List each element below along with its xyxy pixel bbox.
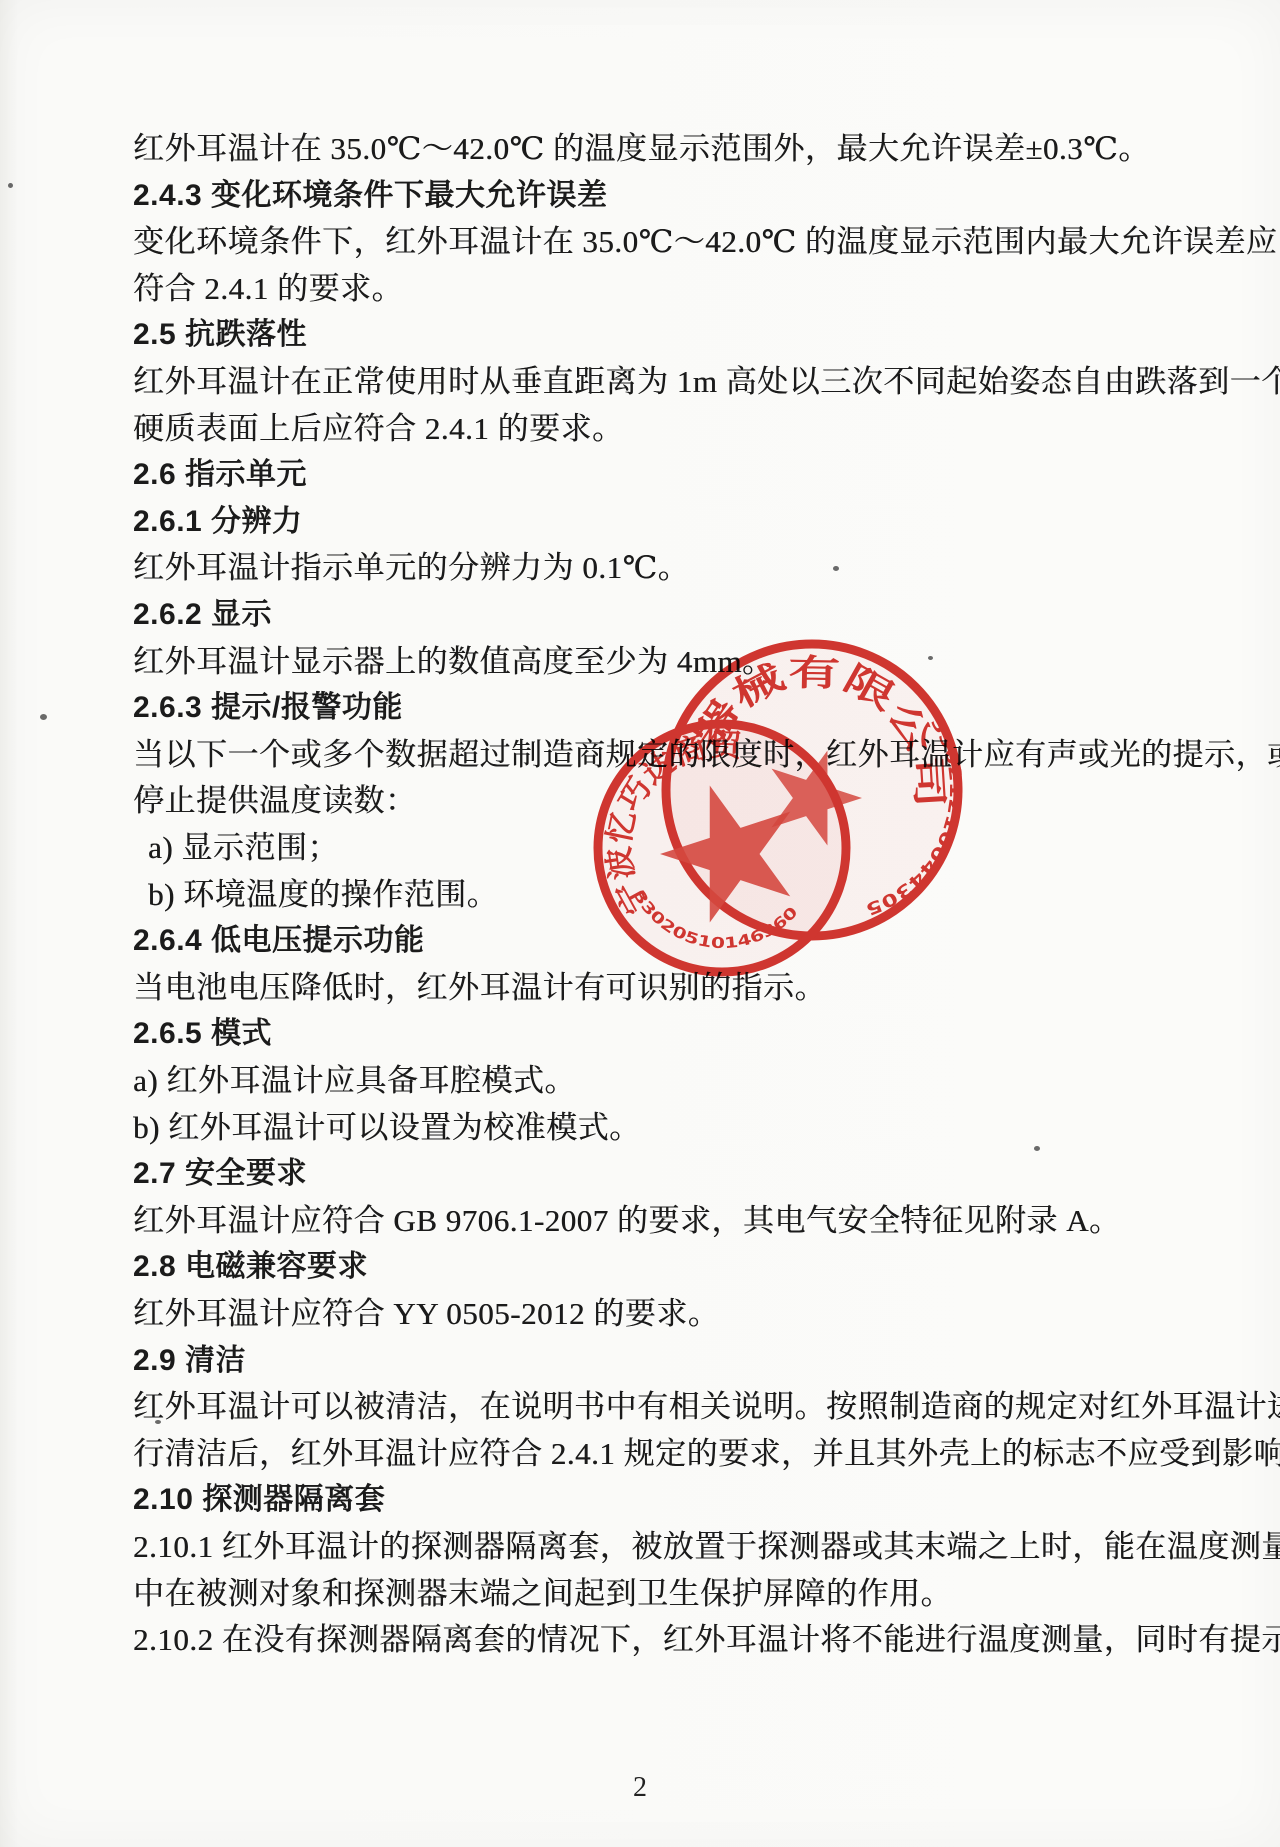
heading-line: 2.6.2 显示 <box>133 592 272 638</box>
heading-line: 2.5 抗跌落性 <box>133 312 307 358</box>
text-line: 红外耳温计在 35.0℃～42.0℃ 的温度显示范围外，最大允许误差±0.3℃。 <box>133 126 1150 172</box>
text-line: 硬质表面上后应符合 2.4.1 的要求。 <box>133 406 624 452</box>
text-line: a) 显示范围； <box>148 825 339 871</box>
heading-line: 2.7 安全要求 <box>133 1151 307 1197</box>
heading-line: 2.4.3 变化环境条件下最大允许误差 <box>133 173 608 219</box>
scan-speck <box>155 1420 161 1424</box>
text-line: 红外耳温计指示单元的分辨力为 0.1℃。 <box>133 545 689 591</box>
scan-speck <box>928 656 933 660</box>
text-line: a) 红外耳温计应具备耳腔模式。 <box>133 1058 576 1104</box>
text-line: 红外耳温计在正常使用时从垂直距离为 1m 高处以三次不同起始姿态自由跌落到一个 <box>133 359 1280 405</box>
scan-speck <box>8 183 13 188</box>
page-number: 2 <box>0 1772 1280 1804</box>
heading-line: 2.10 探测器隔离套 <box>133 1477 385 1523</box>
scan-speck <box>833 566 839 571</box>
heading-line: 2.8 电磁兼容要求 <box>133 1244 368 1290</box>
heading-line: 2.6.3 提示/报警功能 <box>133 685 403 731</box>
text-line: 停止提供温度读数： <box>133 778 417 824</box>
company-seal-stamps: 器械有限公司 33021210044305 <box>560 630 980 990</box>
heading-line: 2.6.5 模式 <box>133 1011 272 1057</box>
text-line: 中在被测对象和探测器末端之间起到卫生保护屏障的作用。 <box>133 1571 952 1617</box>
heading-line: 2.6.4 低电压提示功能 <box>133 918 425 964</box>
text-line: 变化环境条件下，红外耳温计在 35.0℃～42.0℃ 的温度显示范围内最大允许误… <box>133 219 1277 265</box>
text-line: b) 环境温度的操作范围。 <box>148 872 498 918</box>
text-line: 红外耳温计可以被清洁，在说明书中有相关说明。按照制造商的规定对红外耳温计进 <box>133 1384 1280 1430</box>
heading-line: 2.6 指示单元 <box>133 452 307 498</box>
text-line: 2.10.2 在没有探测器隔离套的情况下，红外耳温计将不能进行温度测量，同时有提… <box>133 1617 1280 1663</box>
stamp-graphic: 器械有限公司 33021210044305 <box>560 630 980 990</box>
scan-speck <box>40 714 47 720</box>
scanned-document-page: 红外耳温计在 35.0℃～42.0℃ 的温度显示范围外，最大允许误差±0.3℃。… <box>0 0 1280 1847</box>
front-stamp-circle: 宁波忆巧达商贸 33020510146360 <box>598 724 846 972</box>
text-line: 红外耳温计应符合 YY 0505-2012 的要求。 <box>133 1291 719 1337</box>
scan-speck <box>1034 1146 1040 1151</box>
text-line: b) 红外耳温计可以设置为校准模式。 <box>133 1105 641 1151</box>
text-line: 红外耳温计应符合 GB 9706.1-2007 的要求，其电气安全特征见附录 A… <box>133 1198 1121 1244</box>
text-line: 2.10.1 红外耳温计的探测器隔离套，被放置于探测器或其末端之上时，能在温度测… <box>133 1524 1280 1570</box>
text-line: 行清洁后，红外耳温计应符合 2.4.1 规定的要求，并且其外壳上的标志不应受到影… <box>133 1431 1280 1477</box>
heading-line: 2.9 清洁 <box>133 1338 246 1384</box>
heading-line: 2.6.1 分辨力 <box>133 499 303 545</box>
text-line: 符合 2.4.1 的要求。 <box>133 266 403 312</box>
